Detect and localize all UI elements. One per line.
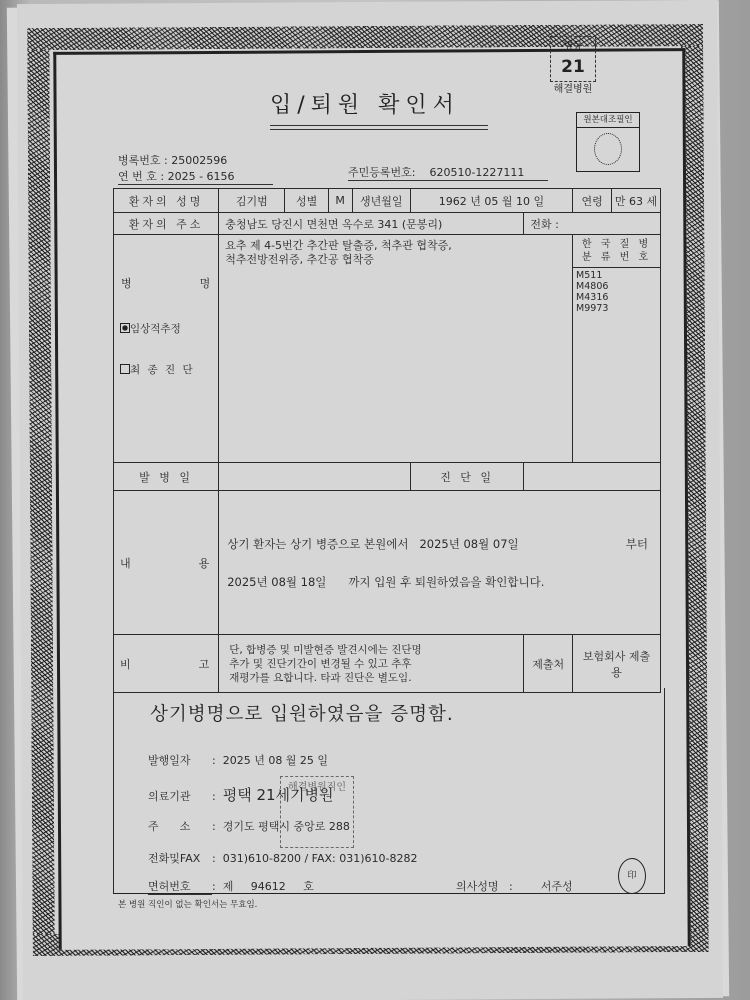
doctor-seal-icon: 印 [618, 858, 646, 894]
clinical-estimate-option[interactable]: 임상적추정 [120, 321, 214, 336]
content-row: 내 용 상기 환자는 상기 병증으로 본원에서 2025년 08월 07일 부터… [114, 491, 661, 635]
patient-name-row: 환자의 성명 김기범 성별 M 생년월일 1962 년 05 월 10 일 연령… [114, 189, 661, 213]
kcd-header-line-2: 분 류 번 호 [573, 251, 660, 264]
rrn-label: 주민등록번호: [348, 166, 415, 179]
ward-stamp: 병동 21 해결병원 [550, 36, 596, 82]
diagnosis-line-2: 척추전방전위증, 추간공 협착증 [225, 253, 566, 267]
dob-label: 생년월일 [352, 189, 410, 213]
dates-row: 발 병 일 진 단 일 [114, 463, 661, 491]
remarks-row: 비 고 단, 합병증 및 미발현증 발견시에는 진단명 추가 및 진단기간이 변… [114, 635, 661, 693]
phone-fax-row: 전화및FAX: 031)610-8200 / FAX: 031)610-8282 [148, 850, 417, 866]
cert-box-right-border [664, 688, 665, 894]
doctor-row: 의사성명 : 서주성 [456, 878, 573, 894]
remarks-text: 단, 합병증 및 미발현증 발견시에는 진단명 추가 및 진단기간이 변경될 수… [219, 635, 524, 693]
content-from: 부터 [626, 536, 648, 552]
phone-fax-label: 전화및FAX [148, 850, 212, 866]
issue-date-value: 2025 년 08 월 25 일 [223, 754, 328, 767]
phone-label: 전화 : [530, 218, 558, 231]
diagnosis-text: 요추 제 4-5번간 추간판 탈출증, 척추관 협착증, 척추전방전위증, 추간… [219, 235, 573, 463]
remarks-line-2: 추가 및 진단기간이 변경될 수 있고 추후 [229, 657, 517, 671]
final-diagnosis-option[interactable]: 최 종 진 단 [120, 362, 214, 377]
original-verified-seal: 원본대조필인 [576, 112, 640, 172]
diagnosis-row: 병 명 임상적추정 최 종 진 단 요추 제 4-5번간 추간판 탈출증, 척추… [114, 235, 661, 463]
kcd-code: M4806 [576, 281, 660, 292]
hospital-address-label: 주 소 [148, 818, 212, 834]
kcd-header-line-1: 한 국 질 병 [573, 238, 660, 251]
patient-name: 김기범 [219, 189, 285, 213]
seal-stamp-icon [594, 133, 622, 165]
doctor-name: 서주성 [541, 880, 573, 893]
clinical-estimate-label: 임상적추정 [130, 323, 181, 335]
issue-date-row: 발행일자: 2025 년 08 월 25 일 [148, 752, 328, 768]
kcd-code-cell: 한 국 질 병 분 류 번 호 M511 M4806 M4316 M9973 [573, 235, 661, 463]
resident-registration-number: 주민등록번호: 620510-1227111 [348, 164, 548, 181]
name-label: 환자의 성명 [114, 189, 219, 213]
page-title: 입/퇴원 확인서 [270, 88, 460, 119]
seal-label: 원본대조필인 [577, 113, 639, 128]
stamp-ward-number: 21 [561, 57, 585, 77]
diagnosis-label-cell: 병 명 임상적추정 최 종 진 단 [114, 235, 219, 463]
diagnosis-label: 병 명 [120, 275, 214, 291]
onset-date-label: 발 병 일 [114, 463, 219, 491]
content-label: 내 용 [114, 491, 219, 635]
kcd-code: M4316 [576, 292, 660, 303]
cert-box-left-border [113, 688, 114, 894]
discharge-date: 2025년 08월 18일 [227, 575, 326, 589]
doctor-label: 의사성명 [456, 880, 499, 894]
issue-date-label: 발행일자 [148, 752, 212, 768]
kcd-code-header: 한 국 질 병 분 류 번 호 [573, 235, 660, 268]
content-suffix: 까지 입원 후 퇴원하였음을 확인합니다. [348, 575, 544, 589]
diagnosis-date-label: 진 단 일 [410, 463, 523, 491]
onset-date-value [219, 463, 411, 491]
cert-box-bottom-border [113, 893, 665, 894]
serial-number: 연 번 호 : 2025 - 6156 [118, 168, 273, 185]
record-number: 병록번호 : 25002596 [118, 152, 227, 168]
diagnosis-date-value [524, 463, 661, 491]
patient-address-row: 환자의 주소 충청남도 당진시 면천면 옥수로 341 (문봉리) 전화 : [114, 213, 661, 235]
submit-to-label: 제출처 [524, 635, 573, 693]
content-text: 상기 환자는 상기 병증으로 본원에서 2025년 08월 07일 부터 202… [219, 491, 661, 635]
admission-date: 2025년 08월 07일 [419, 537, 518, 551]
stamp-ward-text: 병동 [563, 41, 582, 52]
diagnosis-line-1: 요추 제 4-5번간 추간판 탈출증, 척추관 협착증, [225, 239, 566, 253]
patient-address: 충청남도 당진시 면천면 옥수로 341 (문봉리) [219, 213, 524, 235]
patient-phone: 전화 : [524, 213, 661, 235]
content-line-2: 2025년 08월 18일 까지 입원 후 퇴원하였음을 확인합니다. [227, 574, 654, 590]
age-label: 연령 [573, 189, 612, 213]
clinical-estimate-checkbox-icon[interactable] [120, 323, 130, 333]
content-prefix: 상기 환자는 상기 병증으로 본원에서 [227, 537, 408, 551]
admission-form-table: 환자의 성명 김기범 성별 M 생년월일 1962 년 05 월 10 일 연령… [113, 188, 661, 693]
serial-number-value: 2025 - 6156 [168, 170, 235, 183]
address-label: 환자의 주소 [114, 213, 219, 235]
license-value: 제 94612 호 [223, 880, 314, 893]
patient-sex: M [328, 189, 352, 213]
record-number-value: 25002596 [171, 154, 227, 167]
submit-to-value: 보험회사 제출용 [573, 635, 661, 693]
remarks-label: 비 고 [114, 635, 219, 693]
serial-number-label: 연 번 호 [118, 170, 157, 183]
final-diagnosis-checkbox-icon[interactable] [120, 364, 130, 374]
title-underline [270, 125, 488, 130]
kcd-code: M511 [576, 270, 660, 281]
content-line-1: 상기 환자는 상기 병증으로 본원에서 2025년 08월 07일 부터 [227, 536, 654, 552]
stamp-ward-bottom: 해결병원 [551, 80, 595, 100]
remarks-line-1: 단, 합병증 및 미발현증 발견시에는 진단명 [229, 643, 517, 657]
footnote: 본 병원 직인이 없는 확인서는 무효임. [118, 898, 257, 910]
final-diagnosis-label: 최 종 진 단 [130, 364, 195, 376]
patient-dob: 1962 년 05 월 10 일 [410, 189, 572, 213]
kcd-code-list: M511 M4806 M4316 M9973 [573, 268, 660, 314]
remarks-line-3: 재평가를 요합니다. 타과 진단은 별도임. [229, 671, 517, 685]
certification-statement: 상기병명으로 입원하였음을 증명함. [150, 700, 454, 726]
record-number-label: 병록번호 [118, 154, 161, 167]
rrn-value: 620510-1227111 [429, 166, 524, 179]
hospital-official-stamp: 해결병원직인 [280, 776, 354, 848]
hospital-stamp-text: 해결병원직인 [281, 777, 353, 799]
sex-label: 성별 [285, 189, 328, 213]
patient-age: 만 63 세 [612, 189, 661, 213]
phone-fax-value: 031)610-8200 / FAX: 031)610-8282 [223, 852, 418, 865]
institution-label: 의료기관 [148, 788, 212, 804]
kcd-code: M9973 [576, 303, 660, 314]
